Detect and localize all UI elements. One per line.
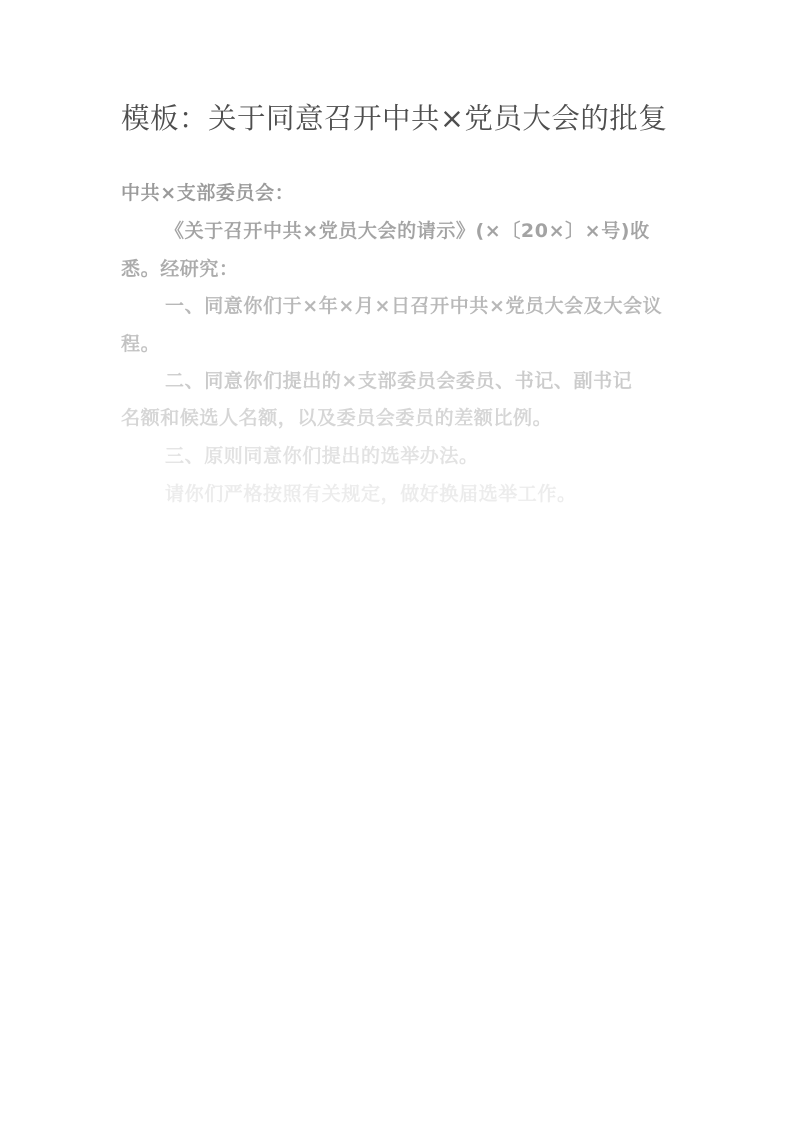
document-title: 模板：关于同意召开中共×党员大会的批复 xyxy=(121,96,667,137)
addressee: 中共×支部委员会： xyxy=(121,178,294,205)
body-line: 名额和候选人名额，以及委员会委员的差额比例。 xyxy=(121,403,552,430)
body-line: 二、同意你们提出的×支部委员会委员、书记、副书记 xyxy=(165,366,632,393)
body-line: 请你们严格按照有关规定，做好换届选举工作。 xyxy=(165,479,577,506)
body-line: 悉。经研究： xyxy=(121,254,239,281)
body-line: 三、原则同意你们提出的选举办法。 xyxy=(165,441,479,468)
body-line: 《关于召开中共×党员大会的请示》(×〔20×〕×号)收 xyxy=(165,216,650,243)
body-line: 一、同意你们于×年×月×日召开中共×党员大会及大会议 xyxy=(165,291,662,318)
body-line: 程。 xyxy=(121,329,160,356)
